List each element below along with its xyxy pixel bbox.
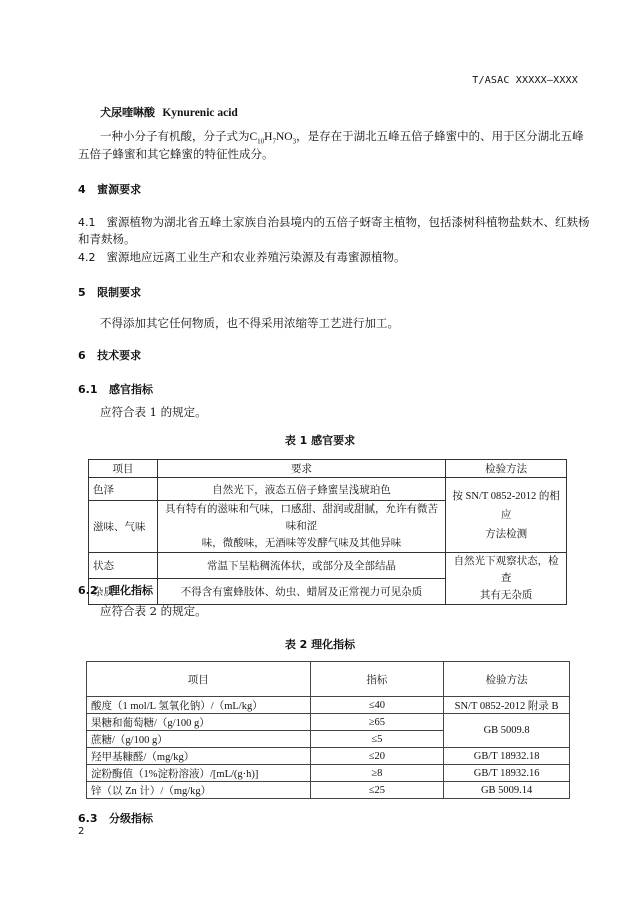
table-cell-method: GB 5009.8 — [444, 714, 570, 748]
section-5-heading: 5 限制要求 — [78, 284, 141, 300]
table-cell-value: ≥65 — [310, 714, 444, 731]
table-cell-item: 状态 — [89, 553, 158, 579]
chemical-formula: C10H7NO3 — [250, 131, 297, 143]
table-cell-item: 淀粉酶值（1%淀粉溶液）/[mL/(g·h)] — [87, 765, 311, 782]
clause-number: 4.1 — [78, 216, 96, 229]
table-physicochemical: 项目 指标 检验方法 酸度（1 mol/L 氢氧化钠）/（mL/kg） ≤40 … — [86, 661, 570, 799]
table-row: 酸度（1 mol/L 氢氧化钠）/（mL/kg） ≤40 SN/T 0852-2… — [87, 697, 570, 714]
term-name-en: Kynurenic acid — [162, 107, 238, 119]
table-cell-requirement: 常温下呈粘稠流体状，或部分及全部结晶 — [157, 553, 445, 579]
table-cell-item: 锌（以 Zn 计）/（mg/kg） — [87, 782, 311, 799]
section-5-text: 不得添加其它任何物质，也不得采用浓缩等工艺进行加工。 — [100, 315, 399, 332]
table-1-caption: 表 1 感官要求 — [0, 432, 640, 448]
table-cell-item: 酸度（1 mol/L 氢氧化钠）/（mL/kg） — [87, 697, 311, 714]
section-6-2-text: 应符合表 2 的规定。 — [100, 603, 207, 620]
table-cell-method: SN/T 0852-2012 附录 B — [444, 697, 570, 714]
table-cell-value: ≤20 — [310, 748, 444, 765]
table-row: 果糖和葡萄糖/（g/100 g） ≥65 GB 5009.8 — [87, 714, 570, 731]
table-cell-item: 羟甲基糠醛/（mg/kg） — [87, 748, 311, 765]
table-cell-value: ≥8 — [310, 765, 444, 782]
table-cell-item: 蔗糖/（g/100 g） — [87, 731, 311, 748]
table-cell-item: 果糖和葡萄糖/（g/100 g） — [87, 714, 311, 731]
section-6-1-heading: 6.1 感官指标 — [78, 381, 153, 397]
section-4-heading: 4 蜜源要求 — [78, 181, 141, 197]
term-definition-line2: 五倍子蜂蜜和其它蜂蜜的特征性成分。 — [78, 146, 274, 163]
table-cell-item: 滋味、气味 — [89, 501, 158, 553]
column-header: 项目 — [87, 662, 311, 697]
table-row: 锌（以 Zn 计）/（mg/kg） ≤25 GB 5009.14 — [87, 782, 570, 799]
table-header-row: 项目 要求 检验方法 — [89, 460, 567, 478]
table-row: 羟甲基糠醛/（mg/kg） ≤20 GB/T 18932.18 — [87, 748, 570, 765]
column-header: 检验方法 — [446, 460, 567, 478]
clause-text: 蜜源植物为湖北省五峰土家族自治县境内的五倍子蚜寄主植物，包括漆树科植物盐麸木、红… — [106, 215, 589, 229]
column-header: 指标 — [310, 662, 444, 697]
table-cell-method: GB/T 18932.16 — [444, 765, 570, 782]
section-4-2: 4.2 蜜源地应远离工业生产和农业养殖污染源及有毒蜜源植物。 — [78, 249, 405, 266]
section-4-1-cont: 和青麸杨。 — [78, 231, 136, 248]
table-cell-requirement: 不得含有蜜蜂肢体、幼虫、蜡屑及正常视力可见杂质 — [157, 579, 445, 605]
table-sensory-requirements: 项目 要求 检验方法 色泽 自然光下，液态五倍子蜂蜜呈浅琥珀色 按 SN/T 0… — [88, 459, 567, 605]
section-6-2-heading: 6.2 理化指标 — [78, 582, 153, 598]
section-6-heading: 6 技术要求 — [78, 347, 141, 363]
definition-text: 一种小分子有机酸，分子式为 — [100, 129, 250, 143]
document-code: T/ASAC XXXXX—XXXX — [472, 75, 578, 86]
table-cell-method: 自然光下观察状态，检查其有无杂质 — [446, 553, 567, 605]
column-header: 检验方法 — [444, 662, 570, 697]
section-6-1-text: 应符合表 1 的规定。 — [100, 404, 207, 421]
clause-number: 4.2 — [78, 251, 96, 264]
term-title: 犬尿喹啉酸 Kynurenic acid — [100, 104, 238, 122]
column-header: 要求 — [157, 460, 445, 478]
table-cell-method: 按 SN/T 0852-2012 的相应方法检测 — [446, 478, 567, 553]
clause-text: 蜜源地应远离工业生产和农业养殖污染源及有毒蜜源植物。 — [106, 250, 405, 264]
table-row: 淀粉酶值（1%淀粉溶液）/[mL/(g·h)] ≥8 GB/T 18932.16 — [87, 765, 570, 782]
table-header-row: 项目 指标 检验方法 — [87, 662, 570, 697]
table-cell-value: ≤5 — [310, 731, 444, 748]
page-number: 2 — [78, 826, 84, 837]
table-row: 色泽 自然光下，液态五倍子蜂蜜呈浅琥珀色 按 SN/T 0852-2012 的相… — [89, 478, 567, 501]
table-cell-method: GB/T 18932.18 — [444, 748, 570, 765]
section-6-3-heading: 6.3 分级指标 — [78, 810, 153, 826]
table-cell-value: ≤25 — [310, 782, 444, 799]
table-2-caption: 表 2 理化指标 — [0, 636, 640, 652]
column-header: 项目 — [89, 460, 158, 478]
term-name-cn: 犬尿喹啉酸 — [100, 106, 155, 119]
definition-text-cont: ，是存在于湖北五峰五倍子蜂蜜中的、用于区分湖北五峰 — [296, 129, 584, 143]
section-4-1: 4.1 蜜源植物为湖北省五峰土家族自治县境内的五倍子蚜寄主植物，包括漆树科植物盐… — [78, 214, 589, 231]
table-cell-item: 色泽 — [89, 478, 158, 501]
table-row: 状态 常温下呈粘稠流体状，或部分及全部结晶 自然光下观察状态，检查其有无杂质 — [89, 553, 567, 579]
table-cell-value: ≤40 — [310, 697, 444, 714]
table-cell-requirement: 具有特有的滋味和气味，口感甜、甜润或甜腻，允许有微苦味和涩味，微酸味，无酒味等发… — [157, 501, 445, 553]
table-cell-method: GB 5009.14 — [444, 782, 570, 799]
table-cell-requirement: 自然光下，液态五倍子蜂蜜呈浅琥珀色 — [157, 478, 445, 501]
